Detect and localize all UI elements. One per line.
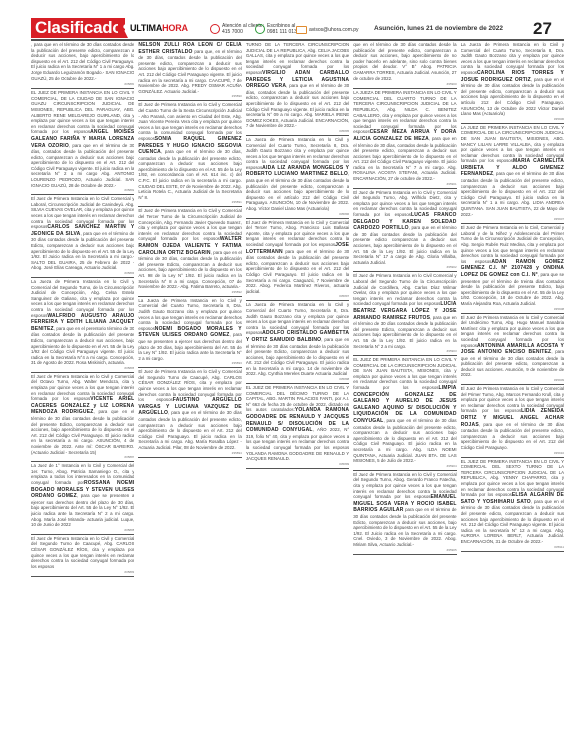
column-1: , para que en el término de 30 días cont… (31, 41, 134, 746)
notice-text: que en el término de 30 días contados de… (353, 42, 456, 81)
notice-text: El Juez de Primera Instancia en lo Civil… (31, 536, 134, 569)
notice-text: , para que en el término de 30 días cont… (246, 171, 349, 211)
notice-code: #35909 (461, 378, 564, 382)
notice-code: #35902 (353, 265, 456, 269)
notice-code: #35890 (138, 94, 241, 98)
mail-icon (296, 26, 307, 34)
legal-notice: El Juez de Primera Instancia en lo Civil… (461, 224, 564, 313)
notice-text: para que en el término de 30 días contad… (246, 249, 349, 294)
notice-text: , para que en el término de 30 días cont… (138, 410, 241, 450)
notice-code: #35905 (353, 548, 456, 552)
notice-text: , para que en el término de 30 días cont… (31, 231, 134, 271)
notice-text: , para que en el término de 30 días cont… (353, 225, 456, 265)
notice-text: El Juez de Primera Instancia en lo Civil… (246, 220, 349, 247)
notice-code: #35897 (246, 294, 349, 298)
notice-text: , para que en el término de 30 días cont… (31, 409, 134, 454)
legal-notice: El Juez de Primera Instancia en lo Civil… (31, 373, 134, 462)
notice-code: #35906 (461, 117, 564, 121)
column-5: La Jueza de Primera Instancia en lo Civi… (461, 41, 564, 746)
notice-code: #35891 (138, 200, 241, 204)
notice-text: para que en el término de 30 días contad… (353, 507, 456, 547)
legal-notice: EL JUEZ DE PRIMERA INSTANCIA EN LO CIVIL… (461, 458, 564, 552)
legal-notice: que en el término de 30 días contados de… (353, 41, 456, 89)
notice-code: #35882 (31, 188, 134, 192)
notice-code: #35904 (353, 464, 456, 468)
legal-notice: El Juez de Primera Instancia en lo Civil… (353, 272, 456, 356)
legal-notice: , para que en el término de 30 días cont… (31, 41, 134, 89)
notice-code: #35900 (353, 82, 456, 86)
brand-wedge (118, 18, 128, 38)
notice-text: LA JUEZA DE PRIMERA INSTANCIA EN LO CIVI… (353, 90, 456, 134)
legal-notice: El Juez de Primera Instancia en lo Civil… (353, 471, 456, 555)
notice-text: , para que en el término de 30 días cont… (461, 499, 564, 544)
contact-whatsapp: Escribinos al0981 111 013 (255, 23, 297, 35)
notice-text: , para que en el término de 30 días cont… (461, 171, 564, 216)
notice-text: , para que en el término de 30 días, con… (31, 143, 134, 188)
notice-code: #35887 (31, 455, 134, 459)
legal-notice: El Juez de Primera Instancia en lo Civil… (246, 219, 349, 302)
legal-notice: El Juez de Primera Instancia en lo Civil… (138, 368, 241, 457)
notice-code: #35886 (31, 366, 134, 370)
notice-text: EL JUEZ DE PRIMERA INSTANCIA EN LO CIVIL… (31, 90, 134, 134)
legal-notice: El Juez de Primera Instancia en lo Civil… (138, 101, 241, 207)
legal-notice: El Juez de Primera Instancia en lo Civil… (353, 189, 456, 273)
notice-code: #35896 (246, 212, 349, 216)
notice-code: #35898 (246, 377, 349, 381)
notice-code: #35910 (461, 451, 564, 455)
legal-notice: El Juez de Primera Instancia en lo Civil… (138, 207, 241, 296)
legal-notice: La Jueza de Primera Instancia en lo Civi… (31, 278, 134, 373)
whatsapp-icon (255, 24, 265, 34)
legal-notice: EL JUEZ DE PRIMERA INSTANCIA EN LO CIVIL… (246, 384, 349, 469)
notice-code: #35895 (246, 129, 349, 133)
notice-code: #35894 (138, 451, 241, 455)
legal-notice: La Jueza de Primera Instancia en lo Civi… (461, 41, 564, 124)
notice-names: AIDA LIZ ARANDA MONGELOS Y ROBERTO LUCIA… (246, 165, 349, 178)
classifieds-columns: , para que en el término de 30 días cont… (31, 41, 564, 746)
legal-notice: LA JUEZ DE PRIMERA INSTANCIA EN LO CIVIL… (461, 124, 564, 225)
legal-notice: LA JUEZA DE PRIMERA INSTANCIA EN LO CIVI… (353, 89, 456, 189)
legal-notice: La Jueza de Primera Instancia en lo Civi… (246, 301, 349, 384)
notice-text: , para que en el perentorio término de 3… (31, 326, 134, 366)
notice-code: #35889 (31, 570, 134, 574)
legal-notice: La Juez de 1° Instancia en lo Civil y Co… (31, 462, 134, 535)
legal-notice: El Juez de Primera Instancia en lo Civil… (461, 385, 564, 458)
notice-text: , para que en el término de 30 días, con… (353, 136, 456, 181)
notice-text: , para que en el término de 30 días, con… (138, 149, 241, 200)
column-3: TURNO DE LA TERCERA CIRCUNSCRIPCION JUDI… (246, 41, 349, 746)
notice-code: #35908 (461, 307, 564, 311)
legal-notice: El Juez de Primera Instancia en lo Civil… (31, 195, 134, 278)
notice-code: #35888 (31, 528, 134, 532)
page-number: 27 (533, 19, 552, 39)
column-2: NELSON ZULLI ROA LEON C/ CELIA ESTHER CR… (138, 41, 241, 746)
notice-code: #35907 (461, 217, 564, 221)
issue-date: Asunción, lunes 21 de noviembre de 2022 (374, 25, 503, 32)
notice-text: para que, en el término de 30 días, cont… (138, 49, 241, 94)
notice-text: , para que en el término de 30 días cont… (246, 337, 349, 377)
notice-names: NOEMI BOGADO MORALES Y STEVEN ULISES ORD… (138, 326, 241, 339)
legal-notice: La Jueza de Primera Instancia en lo Civi… (246, 136, 349, 219)
newspaper-logo: ULTIMAHORA (130, 23, 188, 33)
notice-code: #35893 (138, 361, 241, 365)
notice-code: #35901 (353, 182, 456, 186)
notice-text: , para que en el término de 30 días cont… (461, 77, 564, 117)
column-4: que en el término de 30 días contados de… (353, 41, 456, 746)
notice-code: #35903 (353, 349, 456, 353)
legal-notice: La Jueza de Primera Instancia en lo Civi… (138, 297, 241, 369)
notice-code: #35892 (138, 290, 241, 294)
notice-text: , para que en el término de 30 días, con… (246, 83, 349, 128)
notice-text: , para que en el término de 30 días cont… (353, 418, 456, 463)
legal-notice: NELSON ZULLI ROA LEON C/ CELIA ESTHER CR… (138, 41, 241, 101)
legal-notice: TURNO DE LA TERCERA CIRCUNSCRIPCION JUDI… (246, 41, 349, 136)
page-header: Clasificados ULTIMAHORA Atención al clie… (0, 16, 580, 38)
notice-names: ANTONINA AMARILLA ACOSTA Y JOSE ANTONIO … (461, 343, 564, 356)
notice-text: , para que en el término de 30 días cont… (31, 42, 134, 81)
phone-icon (210, 24, 220, 34)
contact-email: avisos@uhora.com.py (296, 26, 359, 34)
legal-notice: EL JUEZ DE PRIMERA INSTANCIA EN LO CIVIL… (353, 356, 456, 471)
notice-text: , para que en el término de 30 días, con… (138, 250, 241, 290)
notice-code: #35884 (31, 271, 134, 275)
legal-notice: El Juez de Primera Instancia en lo Civil… (31, 535, 134, 578)
legal-notice: El Juez de Primera Instancia en lo Civil… (461, 314, 564, 386)
notice-code: #35880 (31, 82, 134, 86)
legal-notice: EL JUEZ DE PRIMERA INSTANCIA EN LO CIVIL… (31, 89, 134, 195)
notice-code: #35899 (246, 462, 349, 466)
section-title: Clasificados (31, 18, 125, 38)
notice-code: #35911 (461, 545, 564, 549)
